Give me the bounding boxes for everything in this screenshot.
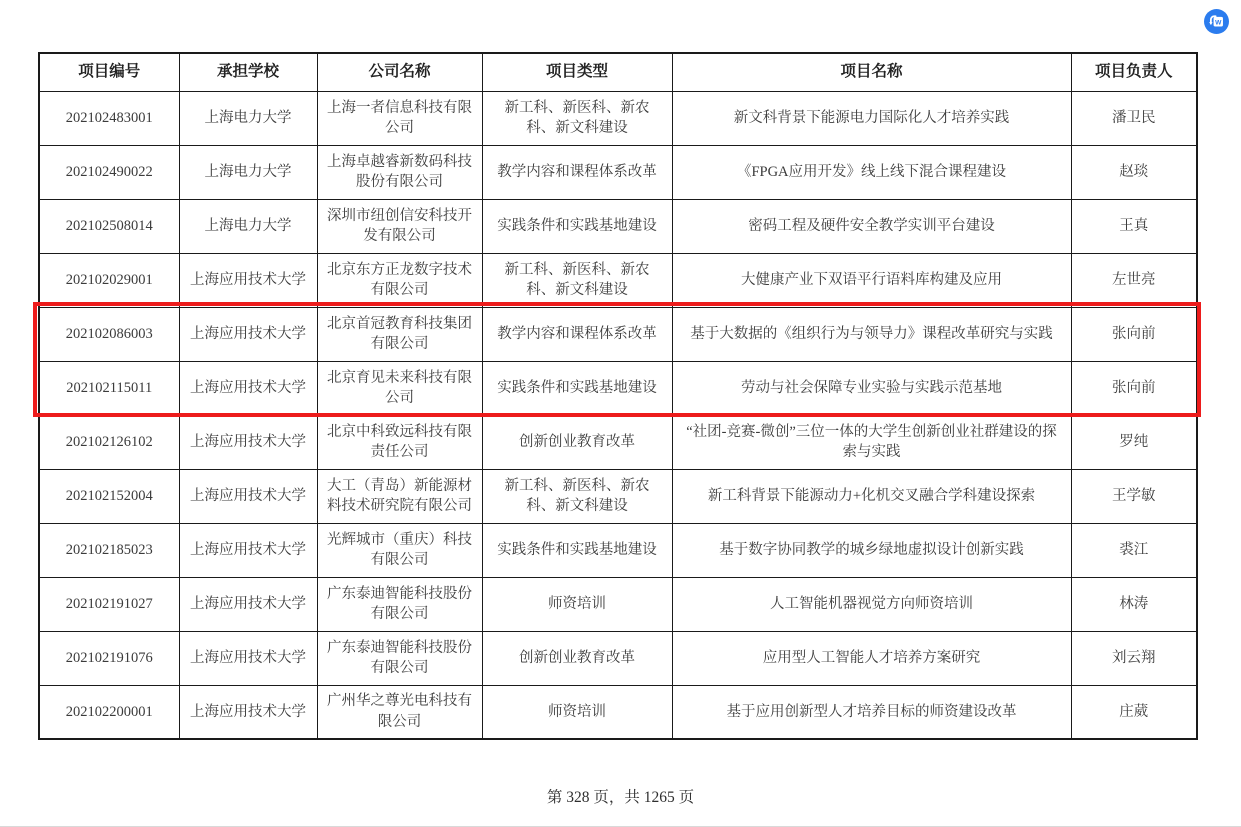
column-header: 项目类型 xyxy=(482,53,672,91)
table-cell: 师资培训 xyxy=(482,577,672,631)
table-cell: 202102490022 xyxy=(39,145,179,199)
table-cell: 创新创业教育改革 xyxy=(482,631,672,685)
table-cell: 大工（青岛）新能源材料技术研究院有限公司 xyxy=(317,469,482,523)
table-cell: 202102191076 xyxy=(39,631,179,685)
table-row: 202102200001上海应用技术大学广州华之尊光电科技有限公司师资培训基于应… xyxy=(39,685,1197,739)
table-cell: 202102508014 xyxy=(39,199,179,253)
table-cell: 北京育见未来科技有限公司 xyxy=(317,361,482,415)
table-cell: 左世亮 xyxy=(1071,253,1197,307)
table-row: 202102490022上海电力大学上海卓越睿新数码科技股份有限公司教学内容和课… xyxy=(39,145,1197,199)
table-cell: 202102126102 xyxy=(39,415,179,469)
table-cell: 新工科背景下能源动力+化机交叉融合学科建设探索 xyxy=(672,469,1071,523)
svg-text:W: W xyxy=(1215,20,1222,27)
table-cell: 202102086003 xyxy=(39,307,179,361)
table-row: 202102152004上海应用技术大学大工（青岛）新能源材料技术研究院有限公司… xyxy=(39,469,1197,523)
table-cell: “社团-竞赛-微创”三位一体的大学生创新创业社群建设的探索与实践 xyxy=(672,415,1071,469)
table-row: 202102483001上海电力大学上海一者信息科技有限公司新工科、新医科、新农… xyxy=(39,91,1197,145)
table-cell: 庄葳 xyxy=(1071,685,1197,739)
table-cell: 上海应用技术大学 xyxy=(179,631,317,685)
table-cell: 潘卫民 xyxy=(1071,91,1197,145)
table-row: 202102029001上海应用技术大学北京东方正龙数字技术有限公司新工科、新医… xyxy=(39,253,1197,307)
column-header: 公司名称 xyxy=(317,53,482,91)
page-indicator: 第 328 页，共 1265 页 xyxy=(0,785,1241,807)
table-cell: 新工科、新医科、新农科、新文科建设 xyxy=(482,91,672,145)
table-cell: 刘云翔 xyxy=(1071,631,1197,685)
table-cell: 202102200001 xyxy=(39,685,179,739)
table-cell: 北京中科致远科技有限责任公司 xyxy=(317,415,482,469)
table-cell: 劳动与社会保障专业实验与实践示范基地 xyxy=(672,361,1071,415)
table-cell: 应用型人工智能人才培养方案研究 xyxy=(672,631,1071,685)
table-cell: 教学内容和课程体系改革 xyxy=(482,145,672,199)
table-row: 202102508014上海电力大学深圳市纽创信安科技开发有限公司实践条件和实践… xyxy=(39,199,1197,253)
table-cell: 202102191027 xyxy=(39,577,179,631)
table-cell: 实践条件和实践基地建设 xyxy=(482,199,672,253)
table-cell: 密码工程及硬件安全教学实训平台建设 xyxy=(672,199,1071,253)
table-cell: 202102483001 xyxy=(39,91,179,145)
convert-to-word-button[interactable]: W xyxy=(1204,9,1229,34)
table-cell: 王真 xyxy=(1071,199,1197,253)
table-cell: 202102185023 xyxy=(39,523,179,577)
table-row: 202102126102上海应用技术大学北京中科致远科技有限责任公司创新创业教育… xyxy=(39,415,1197,469)
table-cell: 林涛 xyxy=(1071,577,1197,631)
table-cell: 上海应用技术大学 xyxy=(179,577,317,631)
table-cell: 基于大数据的《组织行为与领导力》课程改革研究与实践 xyxy=(672,307,1071,361)
table-cell: 广州华之尊光电科技有限公司 xyxy=(317,685,482,739)
column-header: 承担学校 xyxy=(179,53,317,91)
table-cell: 深圳市纽创信安科技开发有限公司 xyxy=(317,199,482,253)
column-header: 项目负责人 xyxy=(1071,53,1197,91)
table-cell: 上海应用技术大学 xyxy=(179,307,317,361)
table-cell: 202102152004 xyxy=(39,469,179,523)
table-cell: 张向前 xyxy=(1071,361,1197,415)
table-cell: 王学敏 xyxy=(1071,469,1197,523)
table-cell: 上海应用技术大学 xyxy=(179,361,317,415)
table-cell: 光辉城市（重庆）科技有限公司 xyxy=(317,523,482,577)
table-cell: 202102115011 xyxy=(39,361,179,415)
table-cell: 广东泰迪智能科技股份有限公司 xyxy=(317,577,482,631)
table-cell: 罗纯 xyxy=(1071,415,1197,469)
table-cell: 教学内容和课程体系改革 xyxy=(482,307,672,361)
table-cell: 新文科背景下能源电力国际化人才培养实践 xyxy=(672,91,1071,145)
table-cell: 基于数字协同教学的城乡绿地虚拟设计创新实践 xyxy=(672,523,1071,577)
table-cell: 上海应用技术大学 xyxy=(179,523,317,577)
table-cell: 上海电力大学 xyxy=(179,145,317,199)
table-cell: 上海应用技术大学 xyxy=(179,469,317,523)
table-row: 202102191076上海应用技术大学广东泰迪智能科技股份有限公司创新创业教育… xyxy=(39,631,1197,685)
table-cell: 大健康产业下双语平行语料库构建及应用 xyxy=(672,253,1071,307)
table-cell: 人工智能机器视觉方向师资培训 xyxy=(672,577,1071,631)
table-cell: 实践条件和实践基地建设 xyxy=(482,523,672,577)
table-cell: 师资培训 xyxy=(482,685,672,739)
table-cell: 上海应用技术大学 xyxy=(179,253,317,307)
table-cell: 新工科、新医科、新农科、新文科建设 xyxy=(482,469,672,523)
table-cell: 基于应用创新型人才培养目标的师资建设改革 xyxy=(672,685,1071,739)
projects-table: 项目编号承担学校公司名称项目类型项目名称项目负责人 202102483001上海… xyxy=(38,52,1198,740)
table-cell: 赵琰 xyxy=(1071,145,1197,199)
document-page: { "table": { "headers": ["项目编号", "承担学校",… xyxy=(0,0,1241,827)
table-row: 202102086003上海应用技术大学北京首冠教育科技集团有限公司教学内容和课… xyxy=(39,307,1197,361)
table-cell: 上海卓越睿新数码科技股份有限公司 xyxy=(317,145,482,199)
table-cell: 上海一者信息科技有限公司 xyxy=(317,91,482,145)
table-cell: 北京东方正龙数字技术有限公司 xyxy=(317,253,482,307)
column-header: 项目名称 xyxy=(672,53,1071,91)
table-row: 202102115011上海应用技术大学北京育见未来科技有限公司实践条件和实践基… xyxy=(39,361,1197,415)
table-cell: 新工科、新医科、新农科、新文科建设 xyxy=(482,253,672,307)
table-cell: 上海应用技术大学 xyxy=(179,685,317,739)
table-cell: 上海电力大学 xyxy=(179,199,317,253)
table-row: 202102191027上海应用技术大学广东泰迪智能科技股份有限公司师资培训人工… xyxy=(39,577,1197,631)
table-cell: 广东泰迪智能科技股份有限公司 xyxy=(317,631,482,685)
table-body: 202102483001上海电力大学上海一者信息科技有限公司新工科、新医科、新农… xyxy=(39,91,1197,739)
table-cell: 实践条件和实践基地建设 xyxy=(482,361,672,415)
table-cell: 张向前 xyxy=(1071,307,1197,361)
table-cell: 北京首冠教育科技集团有限公司 xyxy=(317,307,482,361)
table-cell: 创新创业教育改革 xyxy=(482,415,672,469)
convert-to-word-icon: W xyxy=(1204,9,1229,34)
table-cell: 裘江 xyxy=(1071,523,1197,577)
table-row: 202102185023上海应用技术大学光辉城市（重庆）科技有限公司实践条件和实… xyxy=(39,523,1197,577)
column-header: 项目编号 xyxy=(39,53,179,91)
table-cell: 《FPGA应用开发》线上线下混合课程建设 xyxy=(672,145,1071,199)
table-cell: 上海电力大学 xyxy=(179,91,317,145)
table-header-row: 项目编号承担学校公司名称项目类型项目名称项目负责人 xyxy=(39,53,1197,91)
table-cell: 上海应用技术大学 xyxy=(179,415,317,469)
table-cell: 202102029001 xyxy=(39,253,179,307)
